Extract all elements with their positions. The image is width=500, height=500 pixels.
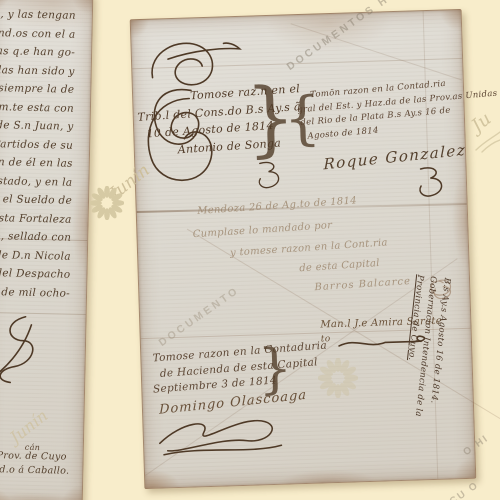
manuscript-line: son de él en las [0, 152, 73, 173]
manuscript-line: Barros Balcarce [314, 276, 411, 293]
manuscript-line: mandad.o á Caballo. [0, 464, 69, 477]
manuscript-line: de esta Capital [299, 258, 380, 274]
manuscript-line: ano, sellado con [0, 226, 71, 247]
manuscript-line: de S.n Juan, y [0, 115, 74, 136]
manuscript-line: de mil ocho- [0, 282, 70, 303]
manuscript-line: igualm.te esta con [0, 97, 74, 118]
manuscript-photo: do, y las tengan nd.os con el a didas q.… [0, 0, 500, 500]
manuscript-line: do, y las tengan [0, 4, 76, 25]
signature-flourish-icon [0, 310, 41, 386]
manuscript-line: nd.os con el a [0, 23, 76, 44]
manuscript-line: ando, siempre la de [0, 78, 75, 99]
watermark-corner-text: CU O [448, 480, 481, 500]
manuscript-line: esta Fortaleza [0, 208, 72, 229]
manuscript-line: ce el Sueldo de [0, 189, 72, 210]
manuscript-line: del Estado, y en la [0, 171, 73, 192]
rubric-flourish-icon [153, 410, 289, 459]
curly-brace-icon [257, 341, 293, 396]
main-manuscript-page: Tomose raz.n en el Trib.l del Cons.do B.… [130, 9, 477, 489]
watermark-sun-logo-icon [90, 186, 124, 220]
manuscript-line: y del Despacho [0, 263, 71, 284]
manuscript-line: Mendoza 26 de Ag.to de 1814 [197, 195, 357, 217]
left-manuscript-page: do, y las tengan nd.os con el a didas q.… [0, 0, 93, 500]
manuscript-line: do de D.n Nicola [0, 245, 71, 266]
watermark-leaf-swirl-icon [474, 128, 500, 154]
manuscript-line: y tomese razon en la Cont.ria [230, 237, 388, 258]
manuscript-line: Cumplase lo mandado por [192, 220, 332, 240]
manuscript-line: Partidos de su [0, 134, 73, 155]
manuscript-line: Prov. de Cuyo [0, 450, 67, 462]
manuscript-line: q.e las han sido y [0, 60, 75, 81]
manuscript-line: didas q.e han go- [0, 41, 75, 62]
left-page-text: do, y las tengan nd.os con el a didas q.… [0, 4, 76, 302]
